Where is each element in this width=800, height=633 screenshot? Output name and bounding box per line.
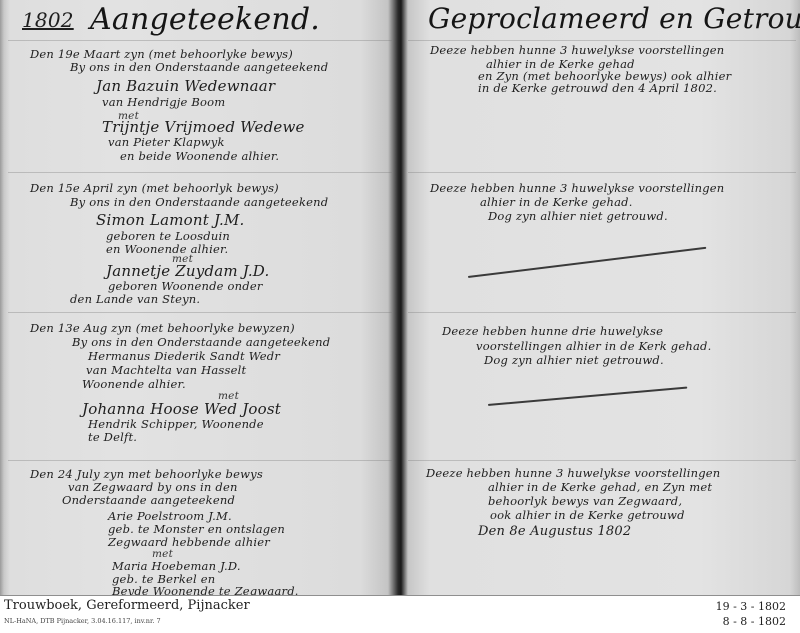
entry-line: Woonende alhier. xyxy=(82,378,186,391)
entry-line: van Machtelta van Hasselt xyxy=(86,364,246,377)
right-page-heading: Geproclameerd en Getrouwd. xyxy=(428,2,800,35)
entry-line: alhier in de Kerke gehad, en Zyn met xyxy=(488,481,712,494)
entry-line: Zegwaard hebbende alhier xyxy=(108,536,270,549)
entry-line: Deeze hebben hunne 3 huwelykse voorstell… xyxy=(430,182,724,195)
entry-line: van Pieter Klapwyk xyxy=(108,136,225,149)
entry-line: voorstellingen alhier in de Kerk gehad. xyxy=(476,340,711,353)
entry-line: en Woonende alhier. xyxy=(106,243,228,256)
entry-line: in de Kerke getrouwd den 4 April 1802. xyxy=(478,82,717,95)
cancel-stroke xyxy=(468,247,706,278)
right-page: Geproclameerd en Getrouwd. Deeze hebben … xyxy=(408,0,796,596)
caption-title: Trouwboek, Gereformeerd, Pijnacker xyxy=(4,598,250,613)
entry-line: Onderstaande aangeteekend xyxy=(62,494,235,507)
entry-divider xyxy=(408,172,796,173)
bride-name: Johanna Hoose Wed Joost xyxy=(82,400,281,418)
entry-line: en beide Woonende alhier. xyxy=(120,150,279,163)
entry-divider xyxy=(8,312,392,313)
entry-line: Deeze hebben hunne 3 huwelykse voorstell… xyxy=(426,467,720,480)
cancel-stroke xyxy=(488,387,687,406)
entry-line: Deeze hebben hunne 3 huwelykse voorstell… xyxy=(430,44,724,57)
caption-date-start: 19 - 3 - 1802 xyxy=(716,600,786,613)
groom-name: Simon Lamont J.M. xyxy=(96,211,245,229)
entry-line: By ons in den Onderstaande aangeteekend xyxy=(72,336,330,349)
entry-line: Beyde Woonende te Zegwaard. xyxy=(112,585,299,596)
register-scan: 1802 Aangeteekend. Den 19e Maart zyn (me… xyxy=(0,0,800,596)
entry-line: By ons in den Onderstaande aangeteekend xyxy=(70,61,328,74)
entry-line: Dog zyn alhier niet getrouwd. xyxy=(488,210,668,223)
entry-line: te Delft. xyxy=(88,431,137,444)
entry-line: behoorlyk bewys van Zegwaard, xyxy=(488,495,682,508)
entry-date-line: Den 8e Augustus 1802 xyxy=(478,525,631,538)
entry-divider xyxy=(408,312,796,313)
entry-line: den Lande van Steyn. xyxy=(70,293,200,306)
entry-line: Dog zyn alhier niet getrouwd. xyxy=(484,354,664,367)
left-page-heading: Aangeteekend. xyxy=(90,2,320,37)
entry-line: Den 15e April zyn (met behoorlyk bewys) xyxy=(30,182,279,195)
entry-divider xyxy=(8,40,392,41)
entry-line: van Hendrigje Boom xyxy=(102,96,225,109)
entry-line: Den 13e Aug zyn (met behoorlyke bewyzen) xyxy=(30,322,295,335)
entry-line: By ons in den Onderstaande aangeteekend xyxy=(70,196,328,209)
archive-caption: Trouwboek, Gereformeerd, Pijnacker NL-Ha… xyxy=(0,596,800,633)
groom-name: Hermanus Diederik Sandt Wedr xyxy=(88,350,280,363)
caption-reference: NL-HaNA, DTB Pijnacker, 3.04.16.117, inv… xyxy=(4,617,161,625)
bride-name: Jannetje Zuydam J.D. xyxy=(106,262,269,280)
entry-line: alhier in de Kerke gehad. xyxy=(480,196,633,209)
entry-divider xyxy=(8,172,392,173)
entry-line: ook alhier in de Kerke getrouwd xyxy=(490,509,685,522)
entry-line: Deeze hebben hunne drie huwelykse xyxy=(442,325,663,338)
groom-name: Jan Bazuin Wedewnaar xyxy=(96,77,275,95)
entry-divider xyxy=(408,460,796,461)
year-heading: 1802 xyxy=(22,8,74,32)
bride-name: Trijntje Vrijmoed Wedewe xyxy=(102,118,305,136)
entry-divider xyxy=(8,460,392,461)
left-page: 1802 Aangeteekend. Den 19e Maart zyn (me… xyxy=(8,0,392,596)
entry-divider xyxy=(408,40,796,41)
caption-date-end: 8 - 8 - 1802 xyxy=(723,615,786,628)
